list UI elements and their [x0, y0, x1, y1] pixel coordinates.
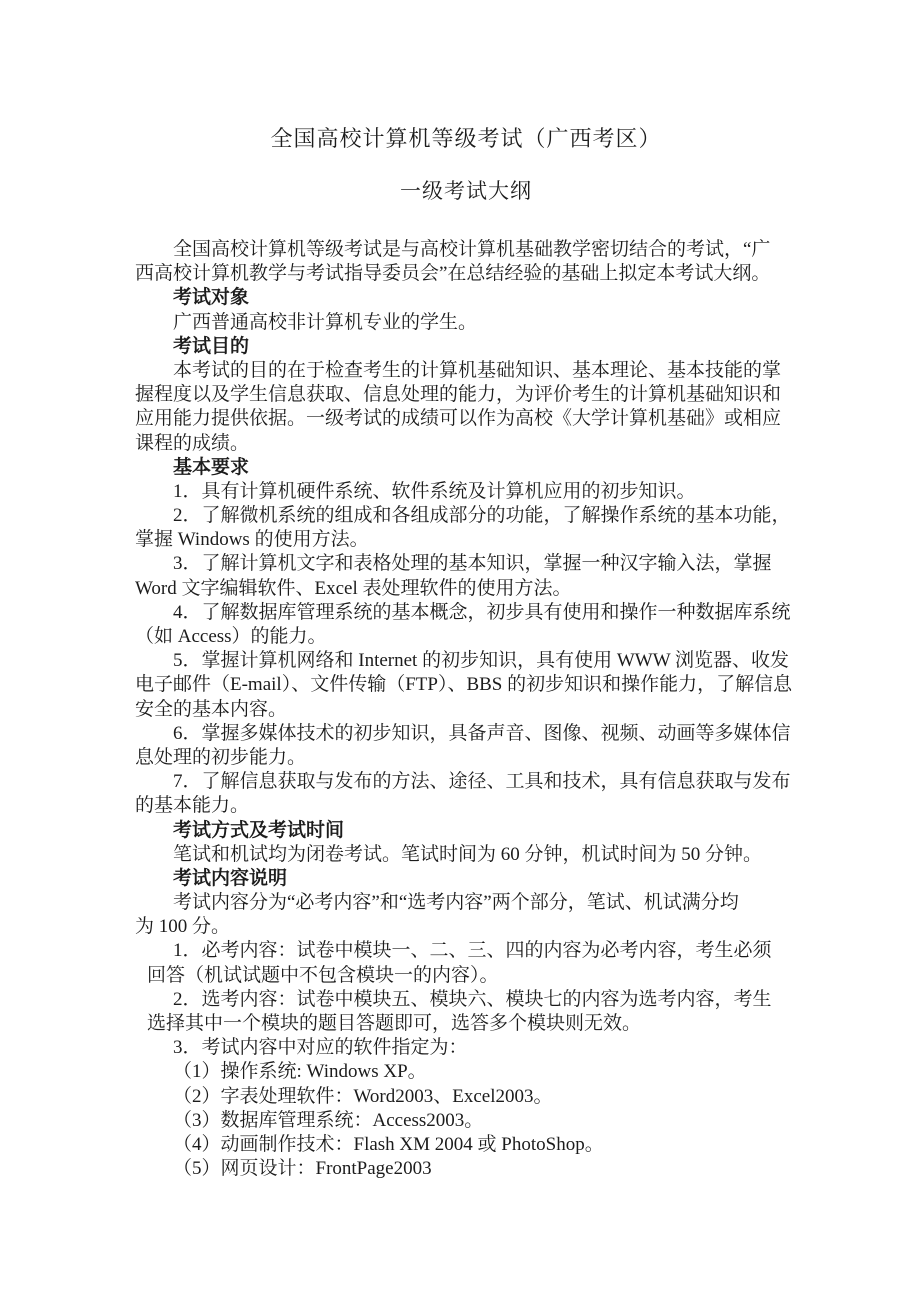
paragraph: （5）网页设计：FrontPage2003 — [135, 1157, 797, 1181]
text-line: 考试方式及考试时间 — [135, 819, 797, 843]
text-line: 广西普通高校非计算机专业的学生。 — [135, 311, 797, 335]
text-line: 全国高校计算机等级考试是与高校计算机基础教学密切结合的考试，“广 — [135, 238, 797, 262]
paragraph: 5．掌握计算机网络和 Internet 的初步知识，具有使用 WWW 浏览器、收… — [135, 649, 797, 722]
text-line: 考试对象 — [135, 286, 797, 310]
text-line: 笔试和机试均为闭卷考试。笔试时间为 60 分钟，机试时间为 50 分钟。 — [135, 843, 797, 867]
paragraph: 广西普通高校非计算机专业的学生。 — [135, 311, 797, 335]
text-line: 4．了解数据库管理系统的基本概念，初步具有使用和操作一种数据库系统 — [135, 601, 797, 625]
text-line: 为 100 分。 — [135, 915, 797, 939]
text-line: 考试内容分为“必考内容”和“选考内容”两个部分，笔试、机试满分均 — [135, 891, 797, 915]
paragraph: （2）字表处理软件：Word2003、Excel2003。 — [135, 1085, 797, 1109]
paragraph: 2．了解微机系统的组成和各组成部分的功能，了解操作系统的基本功能，掌握 Wind… — [135, 504, 797, 552]
paragraph: （1）操作系统: Windows XP。 — [135, 1060, 797, 1084]
paragraph: 1．必考内容：试卷中模块一、二、三、四的内容为必考内容，考生必须回答（机试试题中… — [135, 939, 797, 987]
paragraph: （3）数据库管理系统：Access2003。 — [135, 1109, 797, 1133]
text-line: （3）数据库管理系统：Access2003。 — [135, 1109, 797, 1133]
text-line: 1．具有计算机硬件系统、软件系统及计算机应用的初步知识。 — [135, 480, 797, 504]
text-line: 电子邮件（E-mail）、文件传输（FTP）、BBS 的初步知识和操作能力，了解… — [135, 673, 797, 697]
section-heading: 考试内容说明 — [135, 867, 797, 891]
paragraph: 考试内容分为“必考内容”和“选考内容”两个部分，笔试、机试满分均为 100 分。 — [135, 891, 797, 939]
text-line: 掌握 Windows 的使用方法。 — [135, 528, 797, 552]
text-line: 2．了解微机系统的组成和各组成部分的功能，了解操作系统的基本功能， — [135, 504, 797, 528]
paragraph: 3．了解计算机文字和表格处理的基本知识，掌握一种汉字输入法，掌握Word 文字编… — [135, 552, 797, 600]
paragraph: 6．掌握多媒体技术的初步知识，具备声音、图像、视频、动画等多媒体信息处理的初步能… — [135, 722, 797, 770]
text-line: 选择其中一个模块的题目答题即可，选答多个模块则无效。 — [135, 1012, 797, 1036]
text-line: 安全的基本内容。 — [135, 698, 797, 722]
document-subtitle: 一级考试大纲 — [135, 176, 797, 206]
section-heading: 考试对象 — [135, 286, 797, 310]
text-line: 7．了解信息获取与发布的方法、途径、工具和技术，具有信息获取与发布 — [135, 770, 797, 794]
text-line: （5）网页设计：FrontPage2003 — [135, 1157, 797, 1181]
text-line: 课程的成绩。 — [135, 432, 797, 456]
text-line: Word 文字编辑软件、Excel 表处理软件的使用方法。 — [135, 577, 797, 601]
text-line: 1．必考内容：试卷中模块一、二、三、四的内容为必考内容，考生必须 — [135, 939, 797, 963]
paragraph: 全国高校计算机等级考试是与高校计算机基础教学密切结合的考试，“广西高校计算机教学… — [135, 238, 797, 286]
text-line: 握程度以及学生信息获取、信息处理的能力，为评价考生的计算机基础知识和 — [135, 383, 797, 407]
text-line: 息处理的初步能力。 — [135, 746, 797, 770]
text-line: 基本要求 — [135, 456, 797, 480]
document-title: 全国高校计算机等级考试（广西考区） — [135, 124, 797, 154]
document-content: 全国高校计算机等级考试（广西考区） 一级考试大纲 全国高校计算机等级考试是与高校… — [135, 124, 797, 1181]
text-line: （4）动画制作技术：Flash XM 2004 或 PhotoShop。 — [135, 1133, 797, 1157]
text-line: （2）字表处理软件：Word2003、Excel2003。 — [135, 1085, 797, 1109]
text-line: （如 Access）的能力。 — [135, 625, 797, 649]
text-line: 的基本能力。 — [135, 794, 797, 818]
document-page: 全国高校计算机等级考试（广西考区） 一级考试大纲 全国高校计算机等级考试是与高校… — [0, 0, 920, 1302]
text-line: （1）操作系统: Windows XP。 — [135, 1060, 797, 1084]
section-heading: 考试方式及考试时间 — [135, 819, 797, 843]
text-line: 6．掌握多媒体技术的初步知识，具备声音、图像、视频、动画等多媒体信 — [135, 722, 797, 746]
text-line: 3．了解计算机文字和表格处理的基本知识，掌握一种汉字输入法，掌握 — [135, 552, 797, 576]
paragraph: 1．具有计算机硬件系统、软件系统及计算机应用的初步知识。 — [135, 480, 797, 504]
text-line: 2．选考内容：试卷中模块五、模块六、模块七的内容为选考内容，考生 — [135, 988, 797, 1012]
text-line: 应用能力提供依据。一级考试的成绩可以作为高校《大学计算机基础》或相应 — [135, 407, 797, 431]
text-line: 西高校计算机教学与考试指导委员会”在总结经验的基础上拟定本考试大纲。 — [135, 262, 797, 286]
paragraph: 4．了解数据库管理系统的基本概念，初步具有使用和操作一种数据库系统（如 Acce… — [135, 601, 797, 649]
section-heading: 基本要求 — [135, 456, 797, 480]
text-line: 本考试的目的在于检查考生的计算机基础知识、基本理论、基本技能的掌 — [135, 359, 797, 383]
paragraph: 笔试和机试均为闭卷考试。笔试时间为 60 分钟，机试时间为 50 分钟。 — [135, 843, 797, 867]
paragraph: 7．了解信息获取与发布的方法、途径、工具和技术，具有信息获取与发布的基本能力。 — [135, 770, 797, 818]
paragraph: 2．选考内容：试卷中模块五、模块六、模块七的内容为选考内容，考生选择其中一个模块… — [135, 988, 797, 1036]
text-line: 5．掌握计算机网络和 Internet 的初步知识，具有使用 WWW 浏览器、收… — [135, 649, 797, 673]
paragraph: 本考试的目的在于检查考生的计算机基础知识、基本理论、基本技能的掌握程度以及学生信… — [135, 359, 797, 456]
text-line: 考试内容说明 — [135, 867, 797, 891]
paragraph: （4）动画制作技术：Flash XM 2004 或 PhotoShop。 — [135, 1133, 797, 1157]
text-line: 考试目的 — [135, 335, 797, 359]
text-line: 回答（机试试题中不包含模块一的内容）。 — [135, 964, 797, 988]
text-line: 3．考试内容中对应的软件指定为： — [135, 1036, 797, 1060]
document-body: 全国高校计算机等级考试是与高校计算机基础教学密切结合的考试，“广西高校计算机教学… — [135, 238, 797, 1181]
paragraph: 3．考试内容中对应的软件指定为： — [135, 1036, 797, 1060]
section-heading: 考试目的 — [135, 335, 797, 359]
